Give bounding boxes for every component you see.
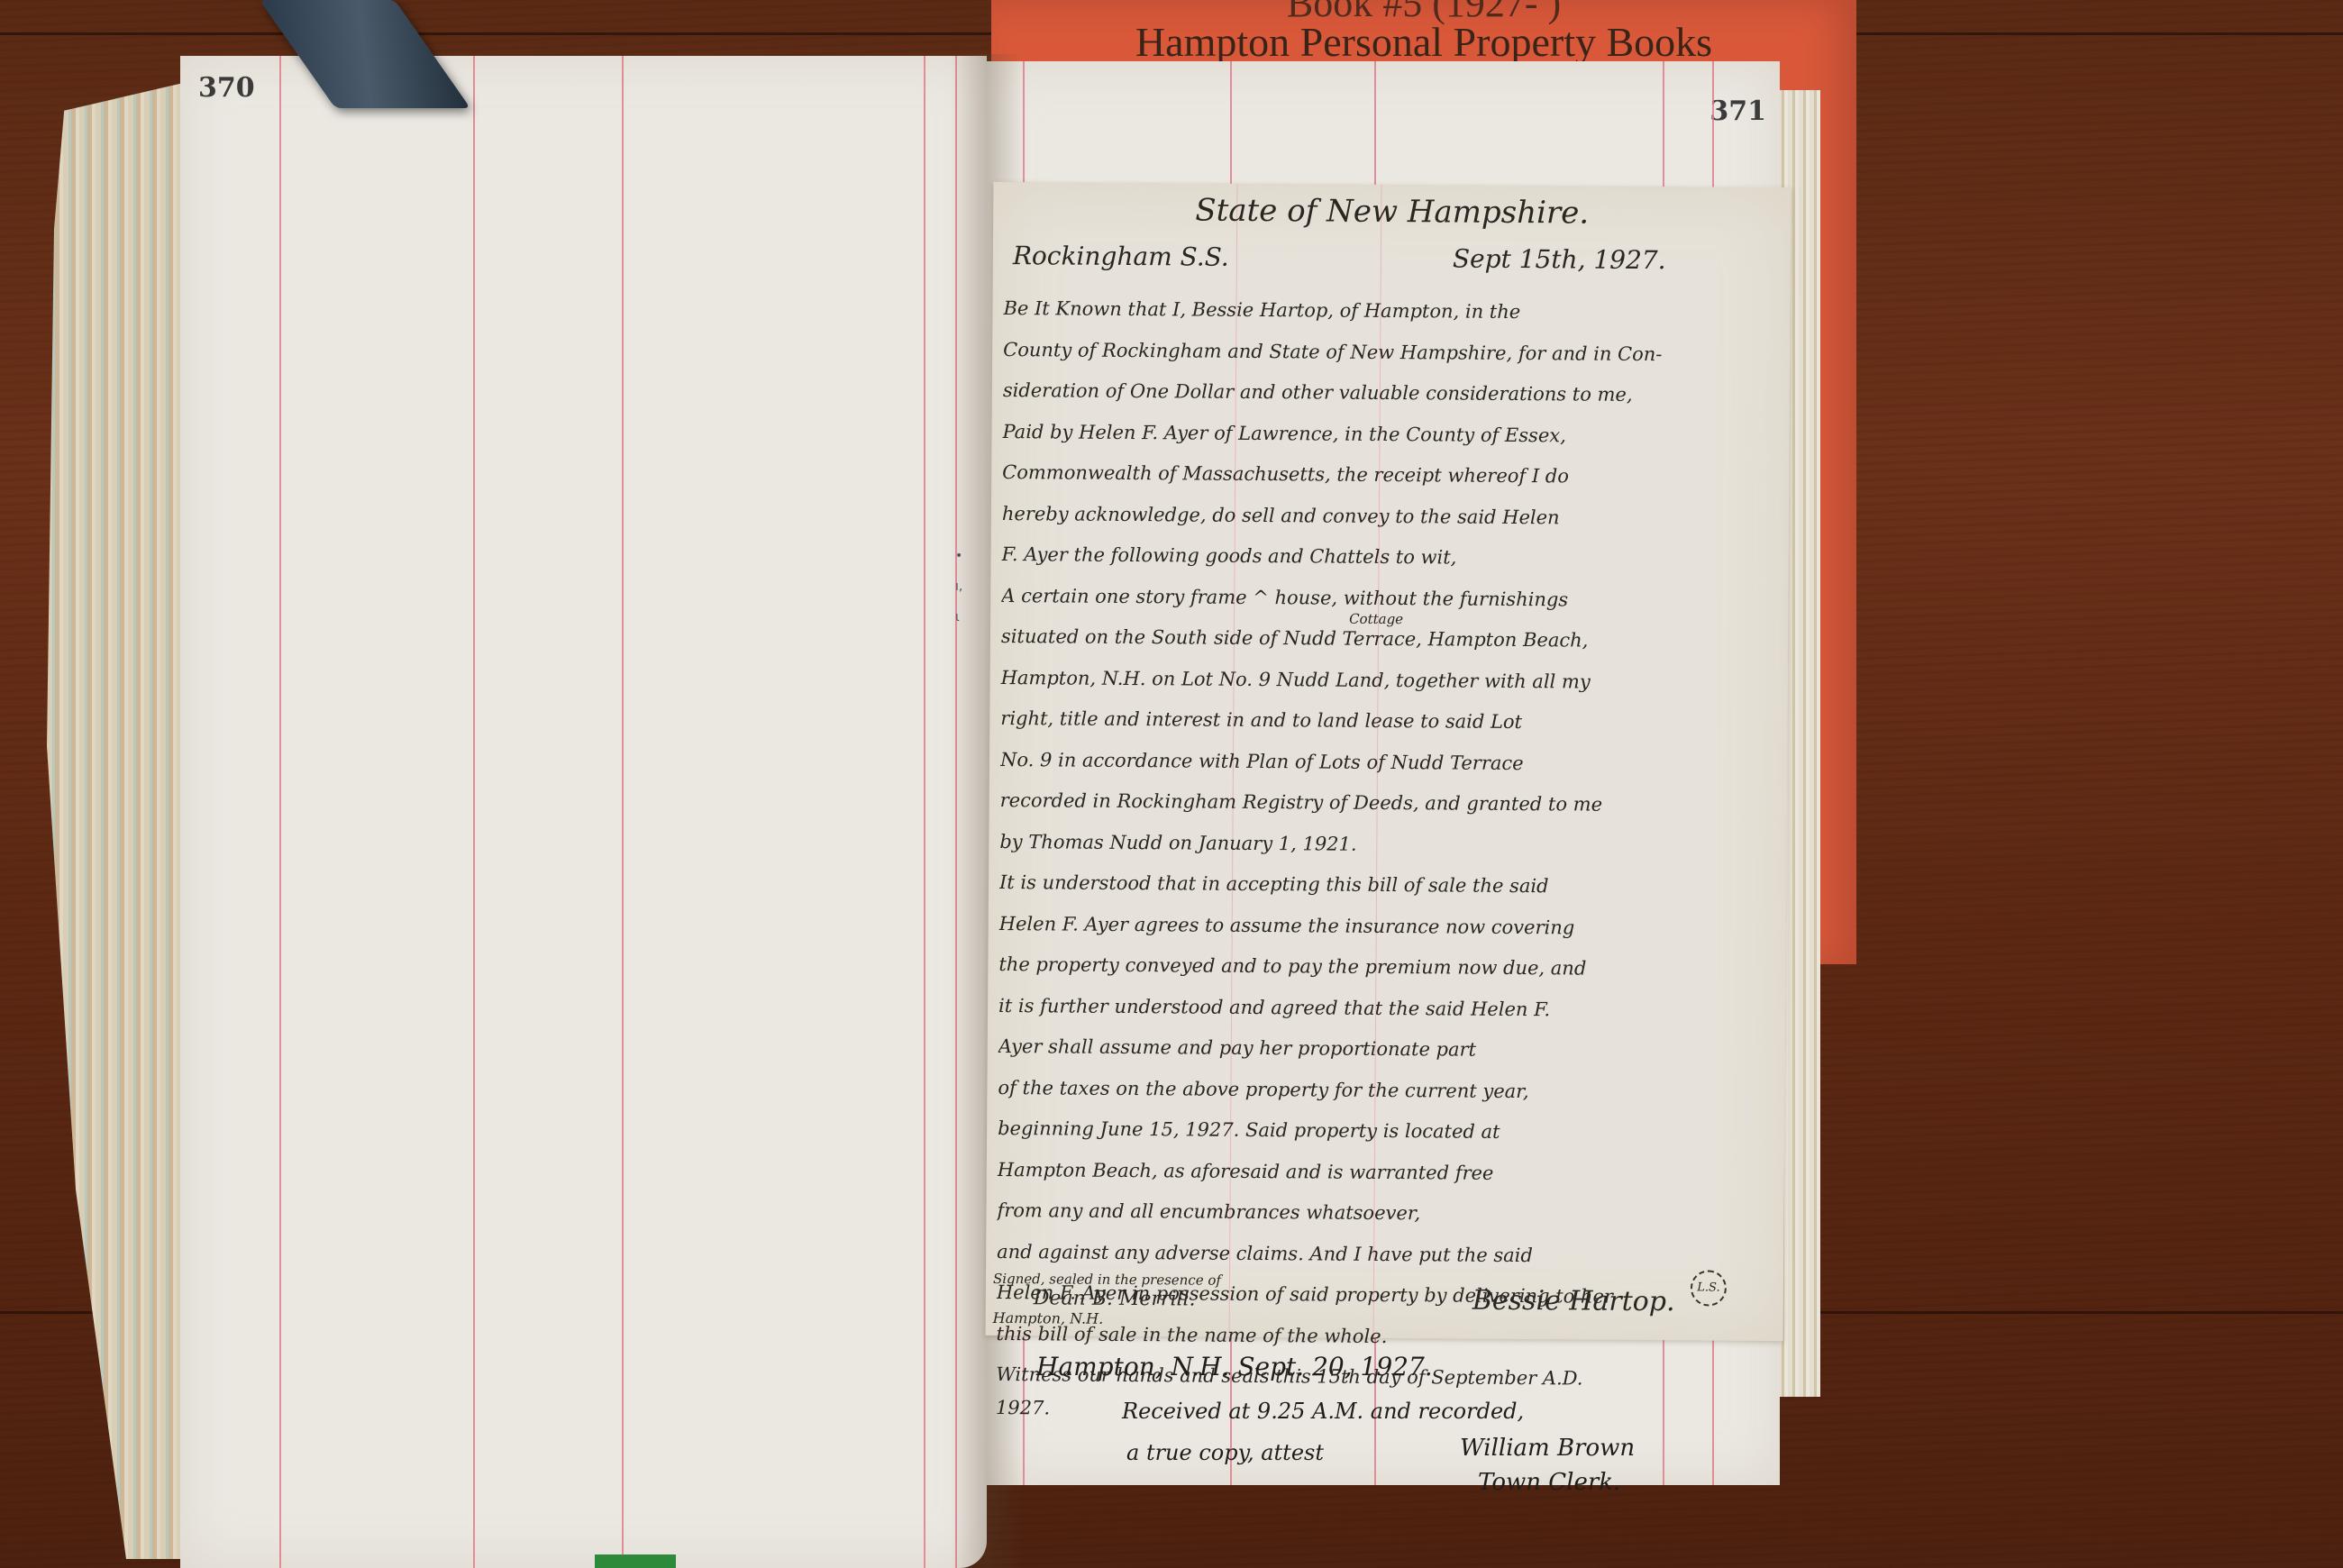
bill-line: the property conveyed and to pay the pre… xyxy=(998,944,1782,991)
witness-place: Hampton, N.H. xyxy=(993,1309,1221,1328)
seal-mark: L.S. xyxy=(1691,1270,1727,1306)
bill-line: from any and all encumbrances whatsoever… xyxy=(997,1190,1781,1237)
bill-line: Helen F. Ayer agrees to assume the insur… xyxy=(999,903,1783,950)
bill-date: Sept 15th, 1927. xyxy=(1453,243,1791,276)
bill-line: right, title and interest in and to land… xyxy=(1000,698,1784,745)
bill-line: Hampton Beach, as aforesaid and is warra… xyxy=(998,1149,1782,1196)
page-number-left: 370 xyxy=(198,72,255,104)
red-rule-line xyxy=(622,56,624,1568)
bill-line: Paid by Helen F. Ayer of Lawrence, in th… xyxy=(1002,412,1786,459)
seller-signature: Bessie Hartop. xyxy=(1472,1285,1675,1318)
bill-line: beginning June 15, 1927. Said property i… xyxy=(998,1108,1782,1155)
page-number-right: 371 xyxy=(1709,96,1766,127)
green-bookmark-tab xyxy=(595,1554,676,1568)
bill-line: recorded in Rockingham Registry of Deeds… xyxy=(1000,780,1784,827)
witness-name: Dean B. Merrill. xyxy=(993,1287,1221,1311)
red-rule-line xyxy=(473,56,475,1568)
bill-line: It is understood that in accepting this … xyxy=(999,862,1783,909)
bill-line: Commonwealth of Massachusetts, the recei… xyxy=(1002,452,1786,499)
clerk-signature: William Brown xyxy=(1460,1435,1635,1462)
bill-line: it is further understood and agreed that… xyxy=(998,985,1782,1032)
bill-line: situated on the South side of Nudd Terra… xyxy=(1001,616,1785,663)
folder-title-line-2: Hampton Personal Property Books xyxy=(991,18,1856,66)
recording-received-time: Received at 9.25 A.M. and recorded, xyxy=(1122,1399,1524,1424)
recording-place-date: Hampton, N.H. Sept. 20, 1927. xyxy=(1036,1352,1433,1381)
ledger-page-edges-left xyxy=(47,81,191,1559)
bill-heading: State of New Hampshire. xyxy=(993,191,1791,232)
clerk-title: Town Clerk. xyxy=(1478,1469,1620,1496)
bill-line: of the taxes on the above property for t… xyxy=(998,1067,1782,1114)
bill-line: F. Ayer the following goods and Chattels… xyxy=(1001,534,1785,581)
bill-line: hereby acknowledge, do sell and convey t… xyxy=(1002,494,1786,541)
bill-line: No. 9 in accordance with Plan of Lots of… xyxy=(1000,739,1784,786)
red-rule-line xyxy=(924,56,925,1568)
witness-block: Signed, sealed in the presence of Dean B… xyxy=(993,1271,1221,1328)
bill-body: Be It Known that I, Bessie Hartop, of Ha… xyxy=(996,288,1788,1425)
recording-attest: a true copy, attest xyxy=(1126,1440,1324,1465)
bill-line: A certain one story frame ^ house, witho… xyxy=(1001,575,1785,622)
bill-line: sideration of One Dollar and other valua… xyxy=(1003,370,1787,417)
bill-line: County of Rockingham and State of New Ha… xyxy=(1003,330,1787,377)
bill-line: Hampton, N.H. on Lot No. 9 Nudd Land, to… xyxy=(1000,657,1784,704)
bill-line: Ayer shall assume and pay her proportion… xyxy=(998,1026,1782,1073)
red-rule-line xyxy=(279,56,281,1568)
bill-line: by Thomas Nudd on January 1, 1921. xyxy=(999,821,1783,868)
witness-intro: Signed, sealed in the presence of xyxy=(993,1271,1221,1289)
bill-line: Be It Known that I, Bessie Hartop, of Ha… xyxy=(1003,288,1787,335)
ledger-page-left: 370 xyxy=(180,56,987,1568)
bill-of-sale-sheet: State of New Hampshire. Rockingham S.S. … xyxy=(986,182,1791,1341)
